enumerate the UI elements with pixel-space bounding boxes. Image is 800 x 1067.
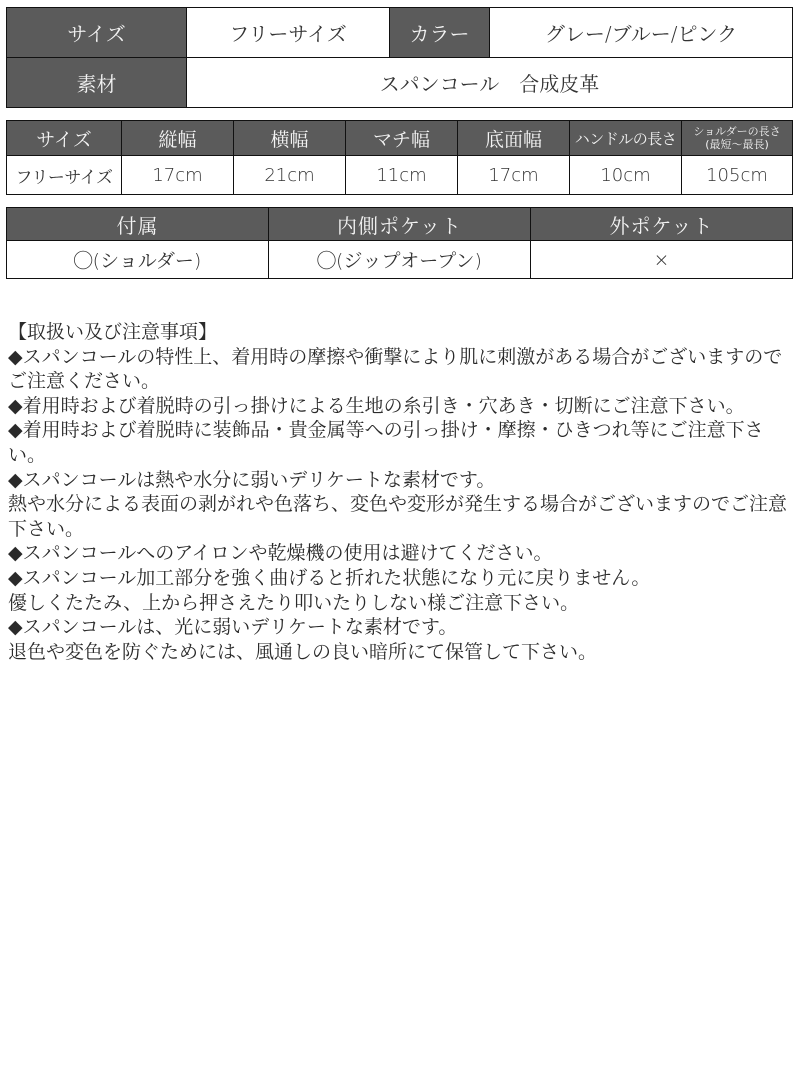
dim-header-shoulder-line2: (最短〜最長) xyxy=(705,138,769,151)
dim-value-handle: 10cm xyxy=(570,156,682,195)
care-note-line: 熱や水分による表面の剥がれや色落ち、変色や変形が発生する場合がございますのでご注… xyxy=(8,492,798,541)
material-label: 素材 xyxy=(7,58,187,108)
color-value: グレー/ブルー/ピンク xyxy=(490,8,793,58)
dim-header-bottom: 底面幅 xyxy=(458,121,570,156)
care-notes: 【取扱い及び注意事項】 ◆スパンコールの特性上、着用時の摩擦や衝撃により肌に刺激… xyxy=(8,320,798,664)
spec-row-material: 素材 スパンコール 合成皮革 xyxy=(7,58,793,108)
dim-value-shoulder: 105cm xyxy=(682,156,793,195)
care-note-line: 退色や変色を防ぐためには、風通しの良い暗所にて保管して下さい。 xyxy=(8,640,798,665)
dim-header-width: 横幅 xyxy=(234,121,346,156)
color-label: カラー xyxy=(390,8,490,58)
care-notes-title: 【取扱い及び注意事項】 xyxy=(8,320,798,345)
dim-value-gusset: 11cm xyxy=(346,156,458,195)
dim-value-bottom: 17cm xyxy=(458,156,570,195)
care-note-line: ◆スパンコールは熱や水分に弱いデリケートな素材です。 xyxy=(8,468,798,493)
dim-value-width: 21cm xyxy=(234,156,346,195)
dim-value-size: フリーサイズ xyxy=(7,156,122,195)
size-value: フリーサイズ xyxy=(187,8,390,58)
care-note-line: ◆着用時および着脱時の引っ掛けによる生地の糸引き・穴あき・切断にご注意下さい。 xyxy=(8,394,798,419)
accessory-value-row: ◯(ショルダー) ◯(ジップオープン) × xyxy=(7,241,793,279)
acc-value-outer-pocket: × xyxy=(531,241,793,279)
dim-header-shoulder-line1: ショルダーの長さ xyxy=(693,125,780,138)
acc-header-included: 付属 xyxy=(7,208,269,241)
accessory-header-row: 付属 内側ポケット 外ポケット xyxy=(7,208,793,241)
care-note-line: ◆スパンコール加工部分を強く曲げると折れた状態になり元に戻りません。 xyxy=(8,566,798,591)
accessory-table: 付属 内側ポケット 外ポケット ◯(ショルダー) ◯(ジップオープン) × xyxy=(6,207,793,279)
spec-row-size-color: サイズ フリーサイズ カラー グレー/ブルー/ピンク xyxy=(7,8,793,58)
care-note-line: ◆着用時および着脱時に装飾品・貴金属等への引っ掛け・摩擦・ひきつれ等にご注意下さ… xyxy=(8,418,798,467)
acc-header-inner-pocket: 内側ポケット xyxy=(269,208,531,241)
acc-header-outer-pocket: 外ポケット xyxy=(531,208,793,241)
dimension-value-row: フリーサイズ 17cm 21cm 11cm 17cm 10cm 105cm xyxy=(7,156,793,195)
acc-value-included: ◯(ショルダー) xyxy=(7,241,269,279)
dim-header-gusset: マチ幅 xyxy=(346,121,458,156)
dimension-header-row: サイズ 縦幅 横幅 マチ幅 底面幅 ハンドルの長さ ショルダーの長さ (最短〜最… xyxy=(7,121,793,156)
size-label: サイズ xyxy=(7,8,187,58)
dim-header-height: 縦幅 xyxy=(122,121,234,156)
care-note-line: ◆スパンコールの特性上、着用時の摩擦や衝撃により肌に刺激がある場合がございますの… xyxy=(8,345,798,394)
care-note-line: ◆スパンコールは、光に弱いデリケートな素材です。 xyxy=(8,615,798,640)
spec-table: サイズ フリーサイズ カラー グレー/ブルー/ピンク 素材 スパンコール 合成皮… xyxy=(6,7,793,108)
care-note-line: ◆スパンコールへのアイロンや乾燥機の使用は避けてください。 xyxy=(8,541,798,566)
dim-header-size: サイズ xyxy=(7,121,122,156)
dimension-table: サイズ 縦幅 横幅 マチ幅 底面幅 ハンドルの長さ ショルダーの長さ (最短〜最… xyxy=(6,120,793,195)
care-note-line: 優しくたたみ、上から押さえたり叩いたりしない様ご注意下さい。 xyxy=(8,591,798,616)
dim-header-handle: ハンドルの長さ xyxy=(570,121,682,156)
material-value: スパンコール 合成皮革 xyxy=(187,58,793,108)
dim-header-shoulder: ショルダーの長さ (最短〜最長) xyxy=(682,121,793,156)
acc-value-inner-pocket: ◯(ジップオープン) xyxy=(269,241,531,279)
dim-value-height: 17cm xyxy=(122,156,234,195)
